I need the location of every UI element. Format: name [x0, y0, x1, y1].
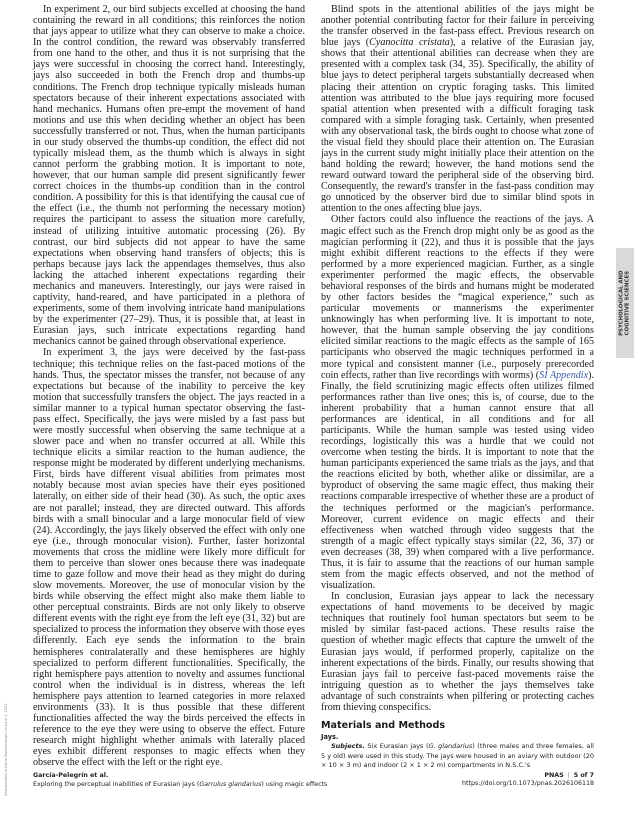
- section-heading-materials-methods: Materials and Methods: [321, 720, 594, 731]
- text-run: ), a relative of the Eurasian jay, shows…: [321, 37, 594, 214]
- si-appendix-link[interactable]: SI Appendix: [539, 370, 588, 381]
- body-paragraph: In conclusion, Eurasian jays appear to l…: [321, 591, 594, 713]
- subject-category-tab: PSYCHOLOGICAL ANDCOGNITIVE SCIENCES: [616, 248, 634, 358]
- text-run: Other factors could also influence the r…: [321, 214, 594, 380]
- methods-paragraph: Subjects. Six Eurasian jays (G. glandari…: [321, 742, 594, 771]
- footer-article-title: Exploring the perceptual inabilities of …: [33, 781, 453, 789]
- body-paragraph: In experiment 3, the jays were deceived …: [33, 347, 305, 768]
- subsection-heading-jays: Jays.: [321, 733, 594, 742]
- journal-name: PNAS: [544, 772, 563, 779]
- page-number: 5 of 7: [574, 772, 594, 779]
- article-page: In experiment 2, our bird subjects excel…: [0, 0, 640, 815]
- footer-citation: García-Pelegrín et al. Exploring the per…: [33, 772, 453, 789]
- run-in-heading: Subjects.: [331, 742, 365, 750]
- text-run: ). Finally, the field scrutinizing magic…: [321, 370, 594, 591]
- footer-journal-info: PNAS|5 of 7 https://doi.org/10.1073/pnas…: [462, 772, 594, 788]
- body-paragraph: Blind spots in the attentional abilities…: [321, 4, 594, 214]
- left-column: In experiment 2, our bird subjects excel…: [33, 4, 305, 768]
- body-paragraph: Other factors could also influence the r…: [321, 214, 594, 591]
- species-name: Cyanocitta cristata: [369, 37, 450, 48]
- body-paragraph: In experiment 2, our bird subjects excel…: [33, 4, 305, 347]
- species-name: G. glandarius: [428, 742, 472, 750]
- download-watermark: Downloaded at Darre Buttenberger on June…: [4, 703, 8, 796]
- subject-category-label: PSYCHOLOGICAL ANDCOGNITIVE SCIENCES: [619, 270, 631, 335]
- category-line-2: COGNITIVE SCIENCES: [625, 270, 631, 335]
- species-name: Garrulus glandarius: [199, 781, 261, 788]
- right-column: Blind spots in the attentional abilities…: [321, 4, 594, 771]
- text-run: Six Eurasian jays (: [365, 742, 429, 750]
- separator: |: [568, 772, 570, 779]
- doi-link[interactable]: https://doi.org/10.1073/pnas.2026106118: [462, 780, 594, 788]
- text-run: ) using magic effects: [261, 781, 327, 788]
- journal-page-line: PNAS|5 of 7: [462, 772, 594, 780]
- footer-authors: García-Pelegrín et al.: [33, 772, 453, 780]
- text-run: Exploring the perceptual inabilities of …: [33, 781, 199, 788]
